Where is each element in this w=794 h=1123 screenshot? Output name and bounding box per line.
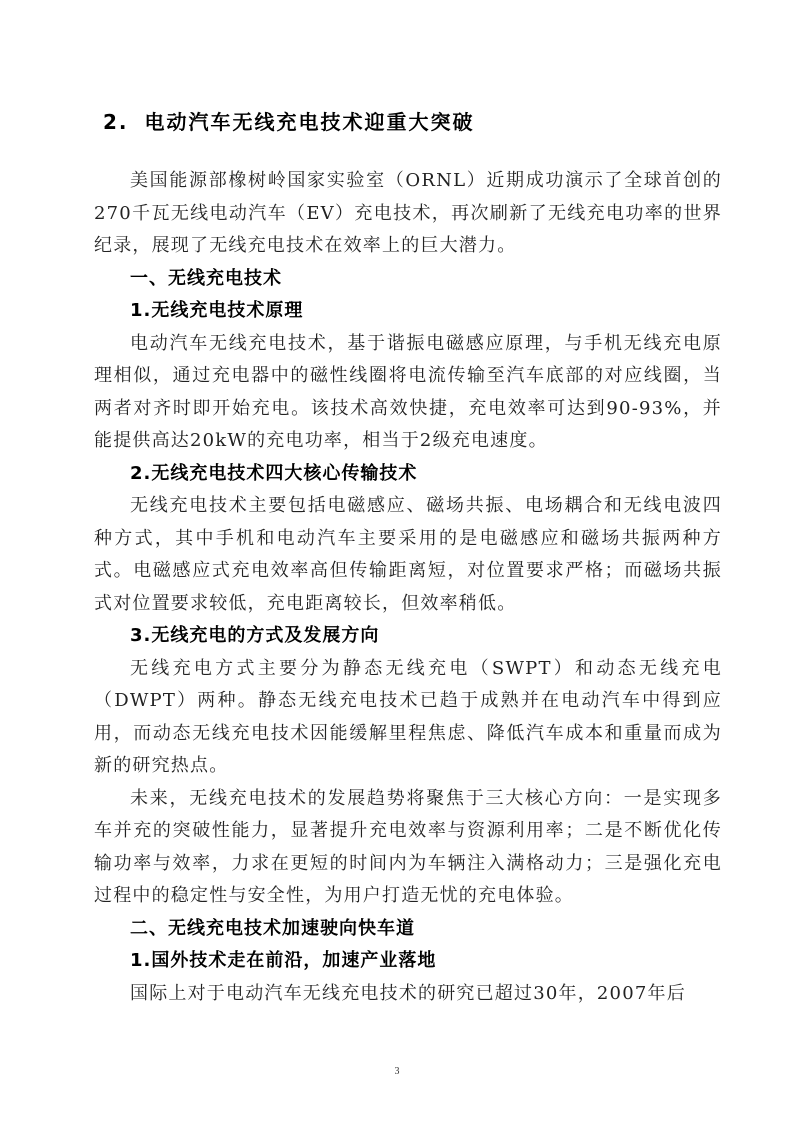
heading-core-tech: 2.无线充电技术四大核心传输技术 xyxy=(94,458,722,491)
heading-part-two: 二、无线充电技术加速驶向快车道 xyxy=(94,913,722,946)
paragraph-principle: 电动汽车无线充电技术，基于谐振电磁感应原理，与手机无线充电原理相似，通过充电器中… xyxy=(94,328,722,458)
heading-methods: 3.无线充电的方式及发展方向 xyxy=(94,620,722,653)
document-body: 美国能源部橡树岭国家实验室（ORNL）近期成功演示了全球首创的270千瓦无线电动… xyxy=(94,165,722,1010)
document-page: 2.电动汽车无线充电技术迎重大突破 美国能源部橡树岭国家实验室（ORNL）近期成… xyxy=(0,0,794,1123)
intro-paragraph: 美国能源部橡树岭国家实验室（ORNL）近期成功演示了全球首创的270千瓦无线电动… xyxy=(94,165,722,263)
section-title-text: 电动汽车无线充电技术迎重大突破 xyxy=(145,110,475,134)
page-number: 3 xyxy=(0,1066,794,1077)
paragraph-overseas: 国际上对于电动汽车无线充电技术的研究已超过30年，2007年后 xyxy=(94,978,722,1011)
section-title: 2.电动汽车无线充电技术迎重大突破 xyxy=(103,106,475,135)
paragraph-core-tech: 无线充电技术主要包括电磁感应、磁场共振、电场耦合和无线电波四种方式，其中手机和电… xyxy=(94,490,722,620)
section-number: 2. xyxy=(103,110,129,134)
heading-part-one: 一、无线充电技术 xyxy=(94,263,722,296)
paragraph-methods: 无线充电方式主要分为静态无线充电（SWPT）和动态无线充电（DWPT）两种。静态… xyxy=(94,653,722,783)
heading-principle: 1.无线充电技术原理 xyxy=(94,295,722,328)
paragraph-future: 未来，无线充电技术的发展趋势将聚焦于三大核心方向：一是实现多车并充的突破性能力，… xyxy=(94,783,722,913)
heading-overseas: 1.国外技术走在前沿，加速产业落地 xyxy=(94,945,722,978)
